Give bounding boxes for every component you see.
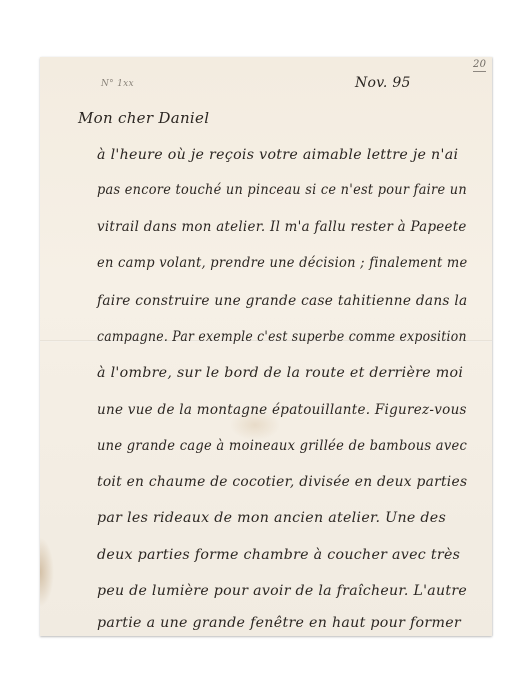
letter-date: Nov. 95 xyxy=(355,75,411,91)
letter-line: par les rideaux de mon ancien atelier. U… xyxy=(97,510,446,526)
letter-line: en camp volant, prendre une décision ; f… xyxy=(97,255,468,271)
salutation: Mon cher Daniel xyxy=(78,109,209,127)
letter-line: à l'ombre, sur le bord de la route et de… xyxy=(97,365,463,381)
letter-paper: 20 N° 1xx Nov. 95 Mon cher Daniel à l'he… xyxy=(40,57,492,636)
letter-line: deux parties forme chambre à coucher ave… xyxy=(97,547,460,563)
letter-line: toit en chaume de cocotier, divisée en d… xyxy=(97,474,467,490)
letter-line: pas encore touché un pinceau si ce n'est… xyxy=(97,182,467,198)
letter-line: peu de lumière pour avoir de la fraîcheu… xyxy=(97,583,467,599)
letter-line: une vue de la montagne épatouillante. Fi… xyxy=(97,402,467,418)
letter-line: partie a une grande fenêtre en haut pour… xyxy=(97,615,461,631)
letter-line: à l'heure où je reçois votre aimable let… xyxy=(97,147,458,163)
letter-line: une grande cage à moineaux grillée de ba… xyxy=(97,438,467,454)
letter-line: faire construire une grande case tahitie… xyxy=(97,293,467,309)
paper-stain xyxy=(40,537,54,607)
folio-number: 20 xyxy=(473,59,486,72)
reference-mark: N° 1xx xyxy=(101,79,134,89)
letter-line: campagne. Par exemple c'est superbe comm… xyxy=(97,329,467,345)
letter-line: vitrail dans mon atelier. Il m'a fallu r… xyxy=(97,219,467,235)
